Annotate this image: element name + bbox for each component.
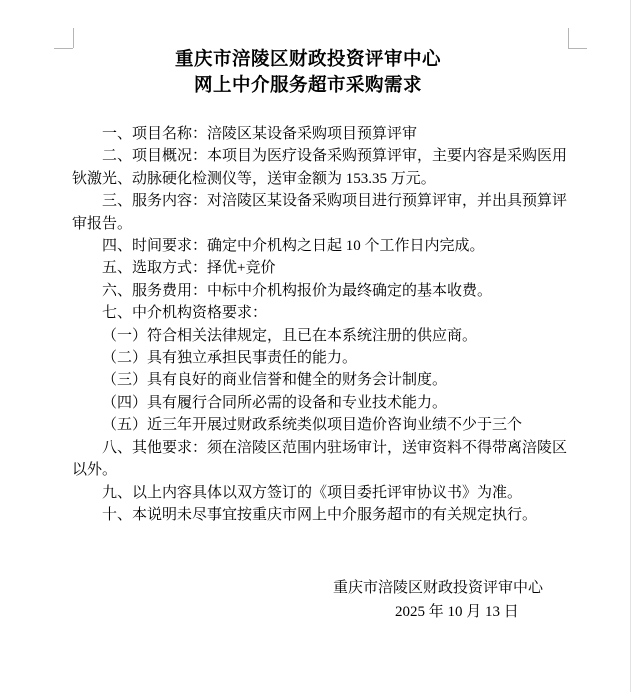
document-body: 一、项目名称：涪陵区某设备采购项目预算评审二、项目概况：本项目为医疗设备采购预算… xyxy=(72,123,574,526)
crop-mark-vertical xyxy=(568,28,569,48)
document-title: 重庆市涪陵区财政投资评审中心 网上中介服务超市采购需求 xyxy=(60,47,556,99)
body-line: （五）近三年开展过财政系统类似项目造价咨询业绩不少于三个 xyxy=(72,414,574,436)
body-line: 审报告。 xyxy=(72,213,574,235)
body-line: 一、项目名称：涪陵区某设备采购项目预算评审 xyxy=(72,123,574,145)
body-line: 二、项目概况：本项目为医疗设备采购预算评审，主要内容是采购医用 xyxy=(72,145,574,167)
body-line: 钬激光、动脉硬化检测仪等，送审金额为 153.35 万元。 xyxy=(72,168,574,190)
crop-mark-vertical xyxy=(73,28,74,48)
body-line: 五、选取方式：择优+竞价 xyxy=(72,257,574,279)
body-line: 七、中介机构资格要求： xyxy=(72,302,574,324)
body-line: 以外。 xyxy=(72,459,574,481)
body-line: 六、服务费用：中标中介机构报价为最终确定的基本收费。 xyxy=(72,280,574,302)
body-line: 四、时间要求：确定中介机构之日起 10 个工作日内完成。 xyxy=(72,235,574,257)
body-line: 十、本说明未尽事宜按重庆市网上中介服务超市的有关规定执行。 xyxy=(72,504,574,526)
body-line: （二）具有独立承担民事责任的能力。 xyxy=(72,347,574,369)
document-page: 重庆市涪陵区财政投资评审中心 网上中介服务超市采购需求 一、项目名称：涪陵区某设… xyxy=(0,0,636,692)
body-line: （四）具有履行合同所必需的设备和专业技术能力。 xyxy=(72,392,574,414)
signature-date: 2025 年 10 月 13 日 xyxy=(395,601,519,623)
body-line: 九、以上内容具体以双方签订的《项目委托评审协议书》为准。 xyxy=(72,482,574,504)
crop-mark-horizontal xyxy=(568,48,587,49)
title-line-2: 网上中介服务超市采购需求 xyxy=(60,73,556,99)
body-line: 八、其他要求：须在涪陵区范围内驻场审计，送审资料不得带离涪陵区 xyxy=(72,437,574,459)
body-line: 三、服务内容：对涪陵区某设备采购项目进行预算评审，并出具预算评 xyxy=(72,190,574,212)
page-right-edge xyxy=(630,0,631,692)
body-line: （三）具有良好的商业信誉和健全的财务会计制度。 xyxy=(72,369,574,391)
body-line: （一）符合相关法律规定，且已在本系统注册的供应商。 xyxy=(72,325,574,347)
signature-org: 重庆市涪陵区财政投资评审中心 xyxy=(333,577,543,599)
title-line-1: 重庆市涪陵区财政投资评审中心 xyxy=(60,47,556,73)
